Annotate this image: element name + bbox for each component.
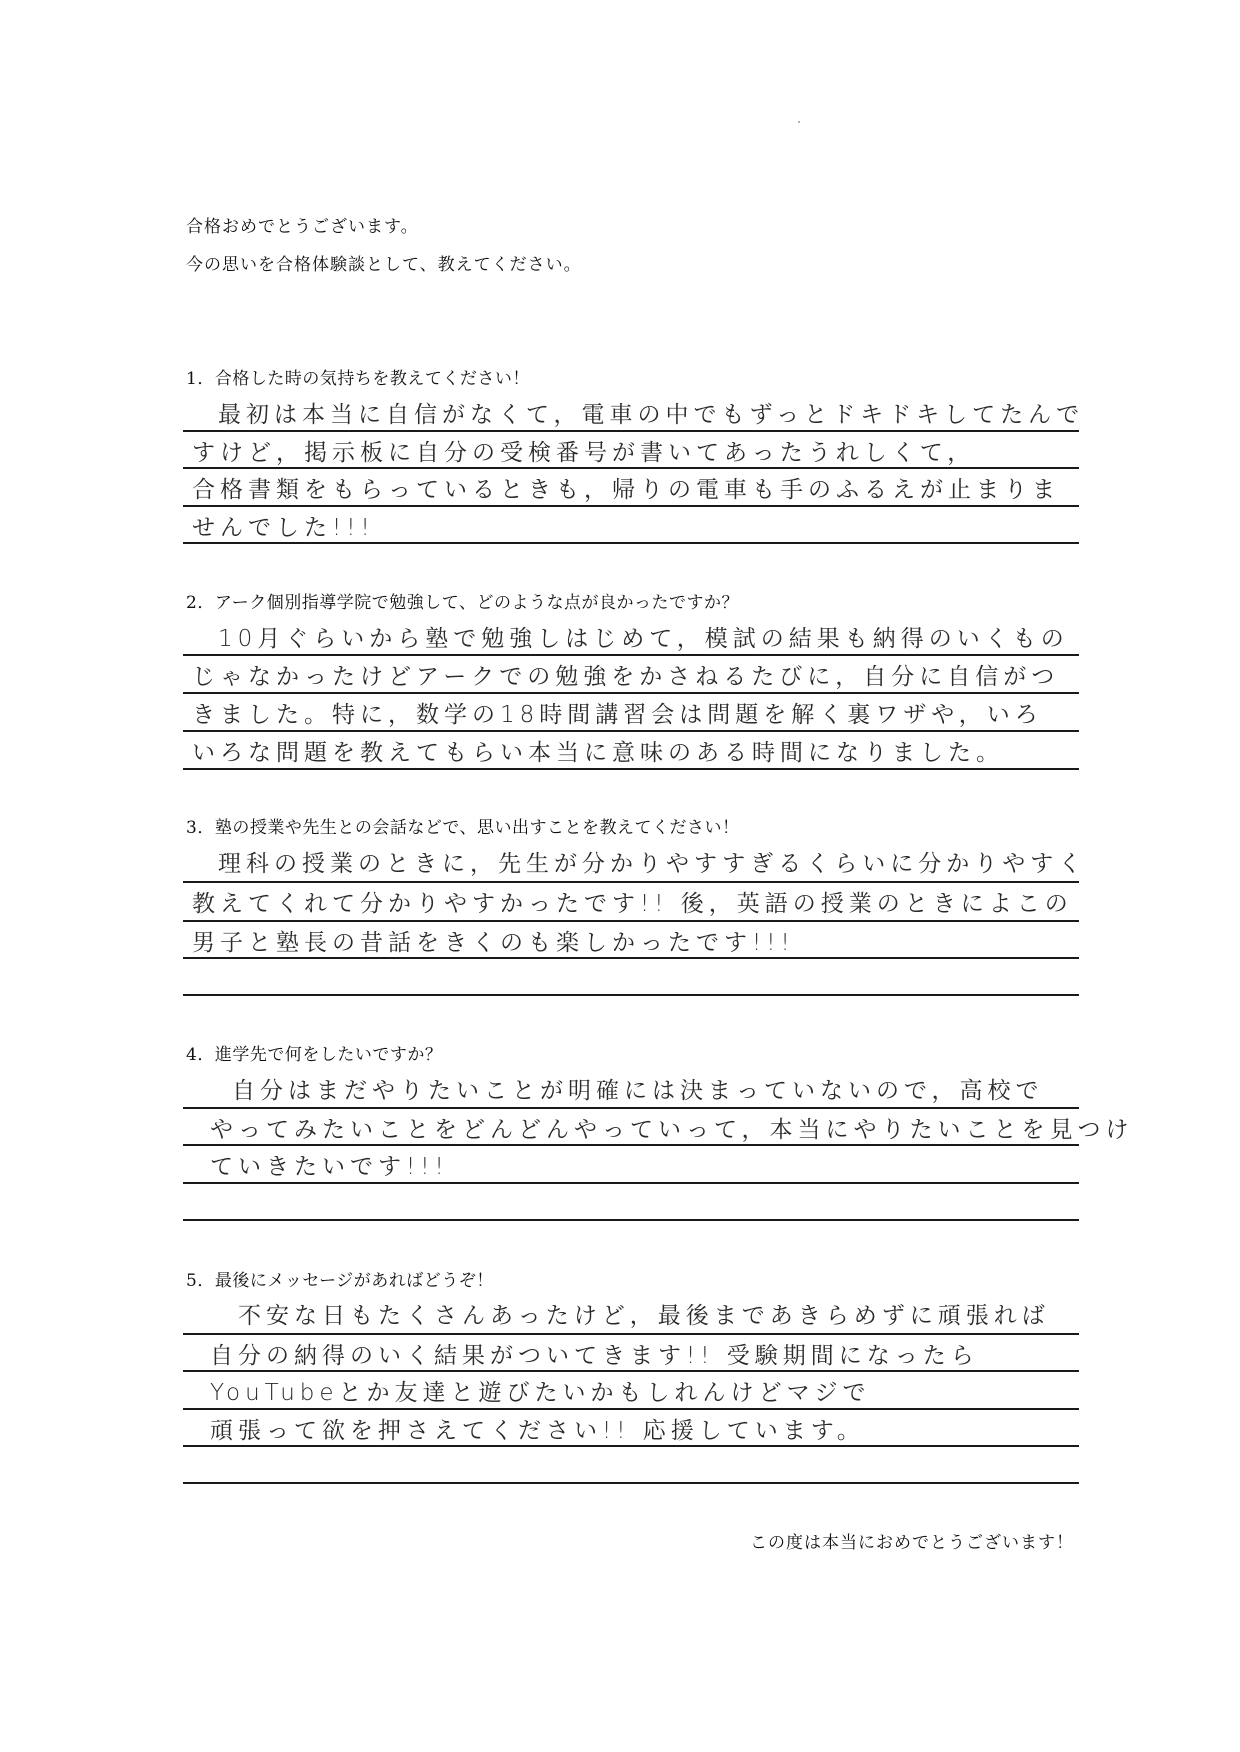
answer-5-line-1: 不安な日もたくさんあったけど，最後まであきらめずに頑張れば bbox=[238, 1297, 1050, 1330]
answer-rule bbox=[183, 542, 1079, 544]
answer-1-line-3: 合格書類をもらっているときも，帰りの電車も手のふるえが止まりま bbox=[192, 471, 1060, 504]
answer-5-line-2: 自分の納得のいく結果がついてきます!! 受験期間になったら bbox=[210, 1337, 979, 1370]
answer-rule bbox=[183, 920, 1079, 922]
answer-rule bbox=[183, 1445, 1079, 1447]
answer-rule bbox=[183, 768, 1079, 770]
answer-rule bbox=[183, 1219, 1079, 1221]
question-1: 1．合格した時の気持ちを教えてください！ bbox=[186, 364, 530, 389]
answer-3-line-3: 男子と塾長の昔話をきくのも楽しかったです!!! bbox=[192, 924, 795, 957]
answer-3-line-1: 理科の授業のときに，先生が分かりやすすぎるくらいに分かりやすく bbox=[218, 845, 1086, 878]
answer-4-line-2: やってみたいことをどんどんやっていって，本当にやりたいことを見つけ bbox=[210, 1111, 1134, 1144]
intro-line-2: 今の思いを合格体験談として、教えてください。 bbox=[186, 250, 582, 275]
answer-rule bbox=[183, 1482, 1079, 1484]
answer-rule bbox=[183, 994, 1079, 996]
closing-message: この度は本当におめでとうございます！ bbox=[750, 1528, 1074, 1553]
answer-2-line-2: じゃなかったけどアークでの勉強をかさねるたびに，自分に自信がつ bbox=[192, 658, 1059, 691]
intro-line-1: 合格おめでとうございます。 bbox=[186, 212, 419, 237]
answer-2-line-1: 10月ぐらいから塾で勉強しはじめて，模試の結果も納得のいくもの bbox=[218, 620, 1069, 653]
answer-rule bbox=[183, 730, 1079, 732]
answer-2-line-4: いろな問題を教えてもらい本当に意味のある時間になりました。 bbox=[192, 734, 1004, 767]
question-3: 3．塾の授業や先生との会話などで、思い出すことを教えてください！ bbox=[186, 813, 739, 838]
answer-rule bbox=[183, 467, 1079, 469]
answer-rule bbox=[183, 1370, 1079, 1372]
answer-rule bbox=[183, 1408, 1079, 1410]
answer-rule bbox=[183, 505, 1079, 507]
question-5: 5．最後にメッセージがあればどうぞ！ bbox=[186, 1266, 494, 1291]
question-4: 4．進学先で何をしたいですか？ bbox=[186, 1040, 442, 1065]
answer-2-line-3: きました。特に，数学の18時間講習会は問題を解く裏ワザや，いろ bbox=[192, 696, 1043, 729]
answer-rule bbox=[183, 430, 1079, 432]
answer-3-line-2: 教えてくれて分かりやすかったです!! 後，英語の授業のときによこの bbox=[192, 885, 1073, 918]
answer-rule bbox=[183, 692, 1079, 694]
answer-rule bbox=[183, 654, 1079, 656]
answer-rule bbox=[183, 1333, 1079, 1335]
answer-1-line-4: せんでした!!! bbox=[192, 509, 375, 542]
answer-rule bbox=[183, 957, 1079, 959]
answer-1-line-2: すけど，掲示板に自分の受検番号が書いてあったうれしくて， bbox=[192, 434, 975, 467]
answer-rule bbox=[183, 1144, 1079, 1146]
answer-5-line-3: YouTubeとか友達と遊びたいかもしれんけどマジで bbox=[210, 1374, 871, 1407]
answer-1-line-1: 最初は本当に自信がなくて，電車の中でもずっとドキドキしてたんで bbox=[218, 396, 1084, 429]
answer-4-line-1: 自分はまだやりたいことが明確には決まっていないので，高校で bbox=[232, 1072, 1044, 1105]
scan-speck bbox=[798, 121, 800, 123]
answer-5-line-4: 頑張って欲を押さえてください!! 応援しています。 bbox=[210, 1412, 865, 1445]
question-2: 2．アーク個別指導学院で勉強して、どのような点が良かったですか？ bbox=[186, 588, 739, 613]
answer-rule bbox=[183, 881, 1079, 883]
answer-rule bbox=[183, 1182, 1079, 1184]
answer-rule bbox=[183, 1107, 1079, 1109]
answer-4-line-3: ていきたいです!!! bbox=[210, 1148, 449, 1181]
